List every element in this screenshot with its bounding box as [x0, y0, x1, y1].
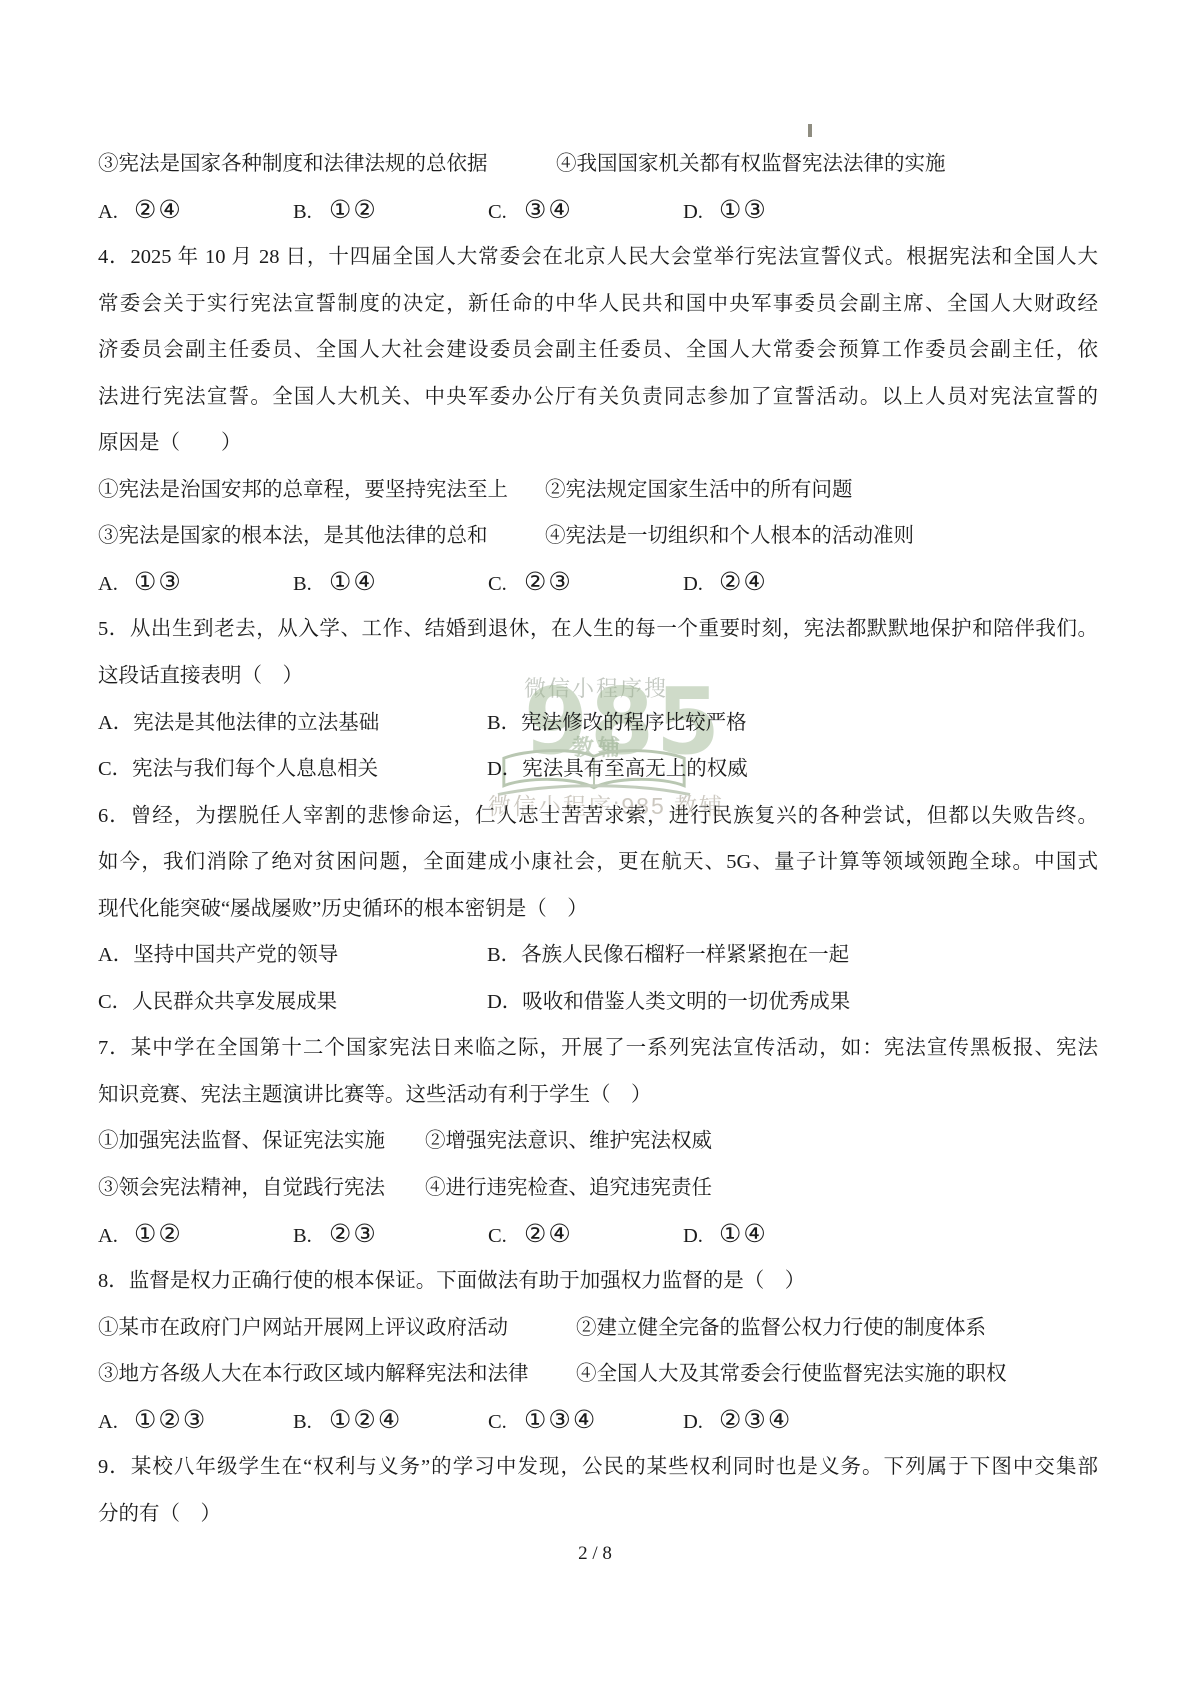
- q7-item-1: ①加强宪法监督、保证宪法实施: [98, 1118, 425, 1165]
- q8-item-1: ①某市在政府门户网站开展网上评议政府活动: [98, 1305, 576, 1352]
- q8-options-row: A.①②③ B.①②④ C.①③④ D.②③④: [98, 1398, 1098, 1445]
- q4-stem-line-3: 济委员会副主任委员、全国人大社会建设委员会副主任委员、全国人大常委会预算工作委员…: [98, 327, 1098, 374]
- option-value: ②④: [134, 197, 183, 224]
- q7-option-c: C.②④: [488, 1212, 683, 1259]
- q3-option-b: B.①②: [293, 188, 488, 235]
- q4-option-c: C.②③: [488, 560, 683, 607]
- q7-option-b: B.②③: [293, 1212, 488, 1259]
- option-value: ②④: [524, 1221, 573, 1248]
- q4-options-row: A.①③ B.①④ C.②③ D.②④: [98, 560, 1098, 607]
- q4-stem-line-4: 法进行宪法宣誓。全国人大机关、中央军委办公厅有关负责同志参加了宣誓活动。以上人员…: [98, 374, 1098, 421]
- q6-stem-line-3: 现代化能突破“屡战屡败”历史循环的根本密钥是（ ）: [98, 886, 1098, 933]
- q8-option-c: C.①③④: [488, 1398, 683, 1445]
- q6-option-a: A．坚持中国共产党的领导: [98, 932, 487, 979]
- q4-item-2: ②宪法规定国家生活中的所有问题: [545, 467, 853, 514]
- option-label: D.: [683, 1213, 719, 1260]
- q5-options-row-cd: C．宪法与我们每个人息息相关 D．宪法具有至高无上的权威: [98, 746, 1098, 793]
- q4-stem-line-5: 原因是（ ）: [98, 420, 1098, 467]
- option-value: ①④: [329, 569, 378, 596]
- q7-stem-line-1: 7．某中学在全国第十二个国家宪法日来临之际，开展了一系列宪法宣传活动，如：宪法宣…: [98, 1025, 1098, 1072]
- option-label: B.: [293, 189, 329, 236]
- q8-items-row-1: ①某市在政府门户网站开展网上评议政府活动 ②建立健全完备的监督公权力行使的制度体…: [98, 1305, 1098, 1352]
- option-value: ②③: [524, 569, 573, 596]
- option-label: C.: [488, 1399, 524, 1446]
- option-value: ①②③: [134, 1407, 207, 1434]
- q9-stem-line-2: 分的有（ ）: [98, 1491, 1098, 1538]
- option-label: A.: [98, 561, 134, 608]
- q8-items-row-2: ③地方各级人大在本行政区域内解释宪法和法律 ④全国人大及其常委会行使监督宪法实施…: [98, 1351, 1098, 1398]
- option-label: B.: [293, 1213, 329, 1260]
- q3-items-row: ③宪法是国家各种制度和法律法规的总依据 ④我国国家机关都有权监督宪法法律的实施: [98, 141, 1098, 188]
- q5-options-row-ab: A．宪法是其他法律的立法基础 B．宪法修改的程序比较严格: [98, 700, 1098, 747]
- option-value: ①②: [329, 197, 378, 224]
- q5-option-c: C．宪法与我们每个人息息相关: [98, 746, 487, 793]
- q6-option-b: B．各族人民像石榴籽一样紧紧抱在一起: [487, 932, 849, 979]
- q7-option-d: D.①④: [683, 1212, 768, 1259]
- q7-item-3: ③领会宪法精神，自觉践行宪法: [98, 1165, 425, 1212]
- option-label: C.: [488, 1213, 524, 1260]
- q4-item-1: ①宪法是治国安邦的总章程，要坚持宪法至上: [98, 467, 545, 514]
- option-label: B.: [293, 1399, 329, 1446]
- q4-item-4: ④宪法是一切组织和个人根本的活动准则: [545, 513, 914, 560]
- q3-item-3: ③宪法是国家各种制度和法律法规的总依据: [98, 141, 556, 188]
- scan-artifact: [808, 124, 812, 137]
- page-number: 2 / 8: [0, 1543, 1190, 1565]
- option-label: D.: [683, 561, 719, 608]
- q4-items-row-2: ③宪法是国家的根本法，是其他法律的总和 ④宪法是一切组织和个人根本的活动准则: [98, 513, 1098, 560]
- option-value: ①③: [719, 197, 768, 224]
- q4-items-row-1: ①宪法是治国安邦的总章程，要坚持宪法至上 ②宪法规定国家生活中的所有问题: [98, 467, 1098, 514]
- q3-option-c: C.③④: [488, 188, 683, 235]
- option-label: B.: [293, 561, 329, 608]
- option-label: D.: [683, 189, 719, 236]
- q3-options-row: A.②④ B.①② C.③④ D.①③: [98, 188, 1098, 235]
- q8-item-4: ④全国人大及其常委会行使监督宪法实施的职权: [576, 1351, 1007, 1398]
- q6-options-row-cd: C．人民群众共享发展成果 D．吸收和借鉴人类文明的一切优秀成果: [98, 979, 1098, 1026]
- q6-options-row-ab: A．坚持中国共产党的领导 B．各族人民像石榴籽一样紧紧抱在一起: [98, 932, 1098, 979]
- option-value: ①②: [134, 1221, 183, 1248]
- q8-stem-line-1: 8．监督是权力正确行使的根本保证。下面做法有助于加强权力监督的是（ ）: [98, 1258, 1098, 1305]
- q4-option-b: B.①④: [293, 560, 488, 607]
- q4-option-a: A.①③: [98, 560, 293, 607]
- option-value: ①②④: [329, 1407, 402, 1434]
- q8-option-b: B.①②④: [293, 1398, 488, 1445]
- q7-items-row-1: ①加强宪法监督、保证宪法实施 ②增强宪法意识、维护宪法权威: [98, 1118, 1098, 1165]
- q8-item-2: ②建立健全完备的监督公权力行使的制度体系: [576, 1305, 986, 1352]
- option-value: ①④: [719, 1221, 768, 1248]
- option-label: C.: [488, 561, 524, 608]
- q4-stem-line-1: 4．2025 年 10 月 28 日，十四届全国人大常委会在北京人民大会堂举行宪…: [98, 234, 1098, 281]
- option-value: ③④: [524, 197, 573, 224]
- q3-item-4: ④我国国家机关都有权监督宪法法律的实施: [556, 141, 946, 188]
- q8-item-3: ③地方各级人大在本行政区域内解释宪法和法律: [98, 1351, 576, 1398]
- option-label: A.: [98, 1213, 134, 1260]
- q7-item-4: ④进行违宪检查、追究违宪责任: [425, 1165, 712, 1212]
- q6-stem-line-2: 如今，我们消除了绝对贫困问题，全面建成小康社会，更在航天、5G、量子计算等领域领…: [98, 839, 1098, 886]
- q7-option-a: A.①②: [98, 1212, 293, 1259]
- q5-stem-line-2: 这段话直接表明（ ）: [98, 653, 1098, 700]
- option-value: ②③: [329, 1221, 378, 1248]
- q5-option-a: A．宪法是其他法律的立法基础: [98, 700, 487, 747]
- q6-stem-line-1: 6．曾经，为摆脱任人宰割的悲惨命运，仁人志士苦苦求索，进行民族复兴的各种尝试，但…: [98, 793, 1098, 840]
- option-label: D.: [683, 1399, 719, 1446]
- document-page: 微信小程序搜 985 教辅 微信小程序:985 教辅 ③宪法是国家各种制度和法律…: [0, 0, 1190, 1683]
- q4-item-3: ③宪法是国家的根本法，是其他法律的总和: [98, 513, 545, 560]
- q4-stem-line-2: 常委会关于实行宪法宣誓制度的决定，新任命的中华人民共和国中央军事委员会副主席、全…: [98, 281, 1098, 328]
- q5-option-d: D．宪法具有至高无上的权威: [487, 746, 748, 793]
- q5-stem-line-1: 5．从出生到老去，从入学、工作、结婚到退休，在人生的每一个重要时刻，宪法都默默地…: [98, 606, 1098, 653]
- option-label: A.: [98, 1399, 134, 1446]
- q6-option-c: C．人民群众共享发展成果: [98, 979, 487, 1026]
- option-value: ①③: [134, 569, 183, 596]
- option-label: C.: [488, 189, 524, 236]
- option-value: ①③④: [524, 1407, 597, 1434]
- option-label: A.: [98, 189, 134, 236]
- q3-option-d: D.①③: [683, 188, 768, 235]
- q7-items-row-2: ③领会宪法精神，自觉践行宪法 ④进行违宪检查、追究违宪责任: [98, 1165, 1098, 1212]
- option-value: ②③④: [719, 1407, 792, 1434]
- q8-option-d: D.②③④: [683, 1398, 792, 1445]
- q8-option-a: A.①②③: [98, 1398, 293, 1445]
- q7-options-row: A.①② B.②③ C.②④ D.①④: [98, 1212, 1098, 1259]
- q7-item-2: ②增强宪法意识、维护宪法权威: [425, 1118, 712, 1165]
- q6-option-d: D．吸收和借鉴人类文明的一切优秀成果: [487, 979, 850, 1026]
- option-value: ②④: [719, 569, 768, 596]
- q9-stem-line-1: 9．某校八年级学生在“权利与义务”的学习中发现，公民的某些权利同时也是义务。下列…: [98, 1444, 1098, 1491]
- q3-option-a: A.②④: [98, 188, 293, 235]
- exam-content: ③宪法是国家各种制度和法律法规的总依据 ④我国国家机关都有权监督宪法法律的实施 …: [98, 141, 1098, 1537]
- q7-stem-line-2: 知识竞赛、宪法主题演讲比赛等。这些活动有利于学生（ ）: [98, 1072, 1098, 1119]
- q5-option-b: B．宪法修改的程序比较严格: [487, 700, 747, 747]
- q4-option-d: D.②④: [683, 560, 768, 607]
